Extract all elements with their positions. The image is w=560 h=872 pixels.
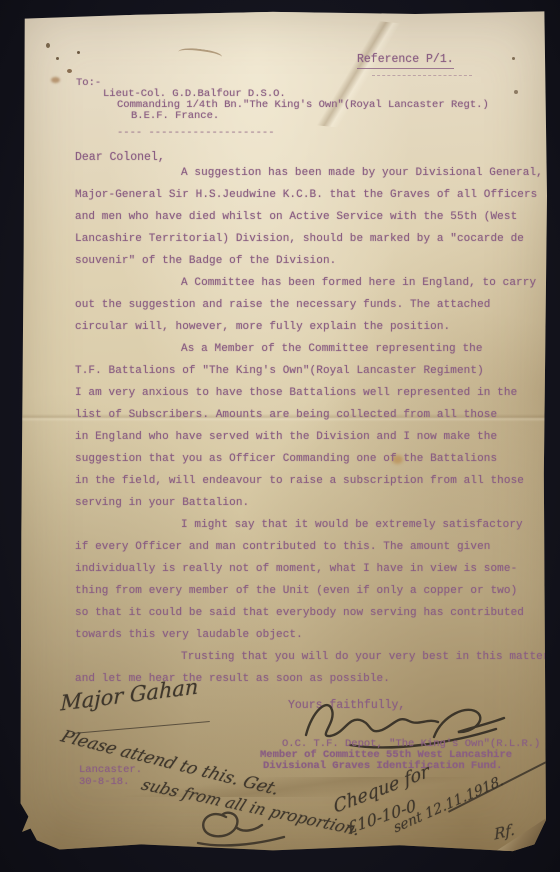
body-line: I am very anxious to have those Battalio… — [75, 382, 527, 404]
scrawl-signature — [192, 801, 292, 849]
stain — [46, 43, 50, 48]
signature-title-3: Divisional Graves Identification Fund. — [263, 760, 502, 772]
body-line: Lancashire Territorial) Division, should… — [75, 228, 527, 250]
letter-body: A suggestion has been made by your Divis… — [75, 162, 527, 690]
body-line: T.F. Battalions of "The King's Own"(Roya… — [75, 360, 527, 382]
address-to-label: To:- — [76, 77, 101, 89]
body-line: in England who have served with the Divi… — [75, 426, 527, 448]
body-line: towards this very laudable object. — [75, 624, 527, 646]
body-line: Trusting that you will do your very best… — [75, 646, 527, 668]
body-line: Major-General Sir H.S.Jeudwine K.C.B. th… — [75, 184, 527, 206]
body-line: A Committee has been formed here in Engl… — [75, 272, 527, 294]
body-line: A suggestion has been made by your Divis… — [75, 162, 527, 184]
body-line: circular will, however, more fully expla… — [75, 316, 527, 338]
body-line: if every Officer and man contributed to … — [75, 536, 527, 558]
body-line: list of Subscribers. Amounts are being c… — [75, 404, 527, 426]
body-line: As a Member of the Committee representin… — [75, 338, 527, 360]
place-line: Lancaster. — [79, 764, 142, 776]
body-line: thing from every member of the Unit (eve… — [75, 580, 527, 602]
body-line: so that it could be said that everybody … — [75, 602, 527, 624]
reference-label: Reference P/1. — [357, 53, 454, 69]
body-line: and men who have died whilst on Active S… — [75, 206, 527, 228]
stain — [51, 77, 60, 83]
body-line: individually is really not of moment, wh… — [75, 558, 527, 580]
body-line: serving in your Battalion. — [75, 492, 527, 514]
scratch-mark — [177, 46, 222, 64]
address-rule: ---- -------------------- — [117, 127, 275, 139]
body-line: out the suggestion and raise the necessa… — [75, 294, 527, 316]
body-line: I might say that it would be extremely s… — [75, 514, 527, 536]
stain — [56, 57, 59, 60]
stain — [512, 57, 515, 60]
handwritten-initials: Rf. — [494, 820, 516, 843]
letter-photograph: Reference P/1. To:- Lieut-Col. G.D.Balfo… — [0, 0, 560, 872]
reference-underline — [372, 75, 472, 76]
letter-paper: Reference P/1. To:- Lieut-Col. G.D.Balfo… — [20, 11, 547, 852]
body-line: in the field, will endeavour to raise a … — [75, 470, 527, 492]
addressee-underline — [72, 721, 210, 734]
crease-line — [255, 9, 455, 138]
body-line: souvenir" of the Badge of the Division. — [75, 250, 527, 272]
stain — [77, 51, 80, 54]
address-line-3: B.E.F. France. — [131, 110, 219, 122]
stain — [514, 90, 518, 94]
date-line: 30-8-18. — [79, 776, 129, 788]
stain — [67, 69, 72, 73]
body-line: suggestion that you as Officer Commandin… — [75, 448, 527, 470]
